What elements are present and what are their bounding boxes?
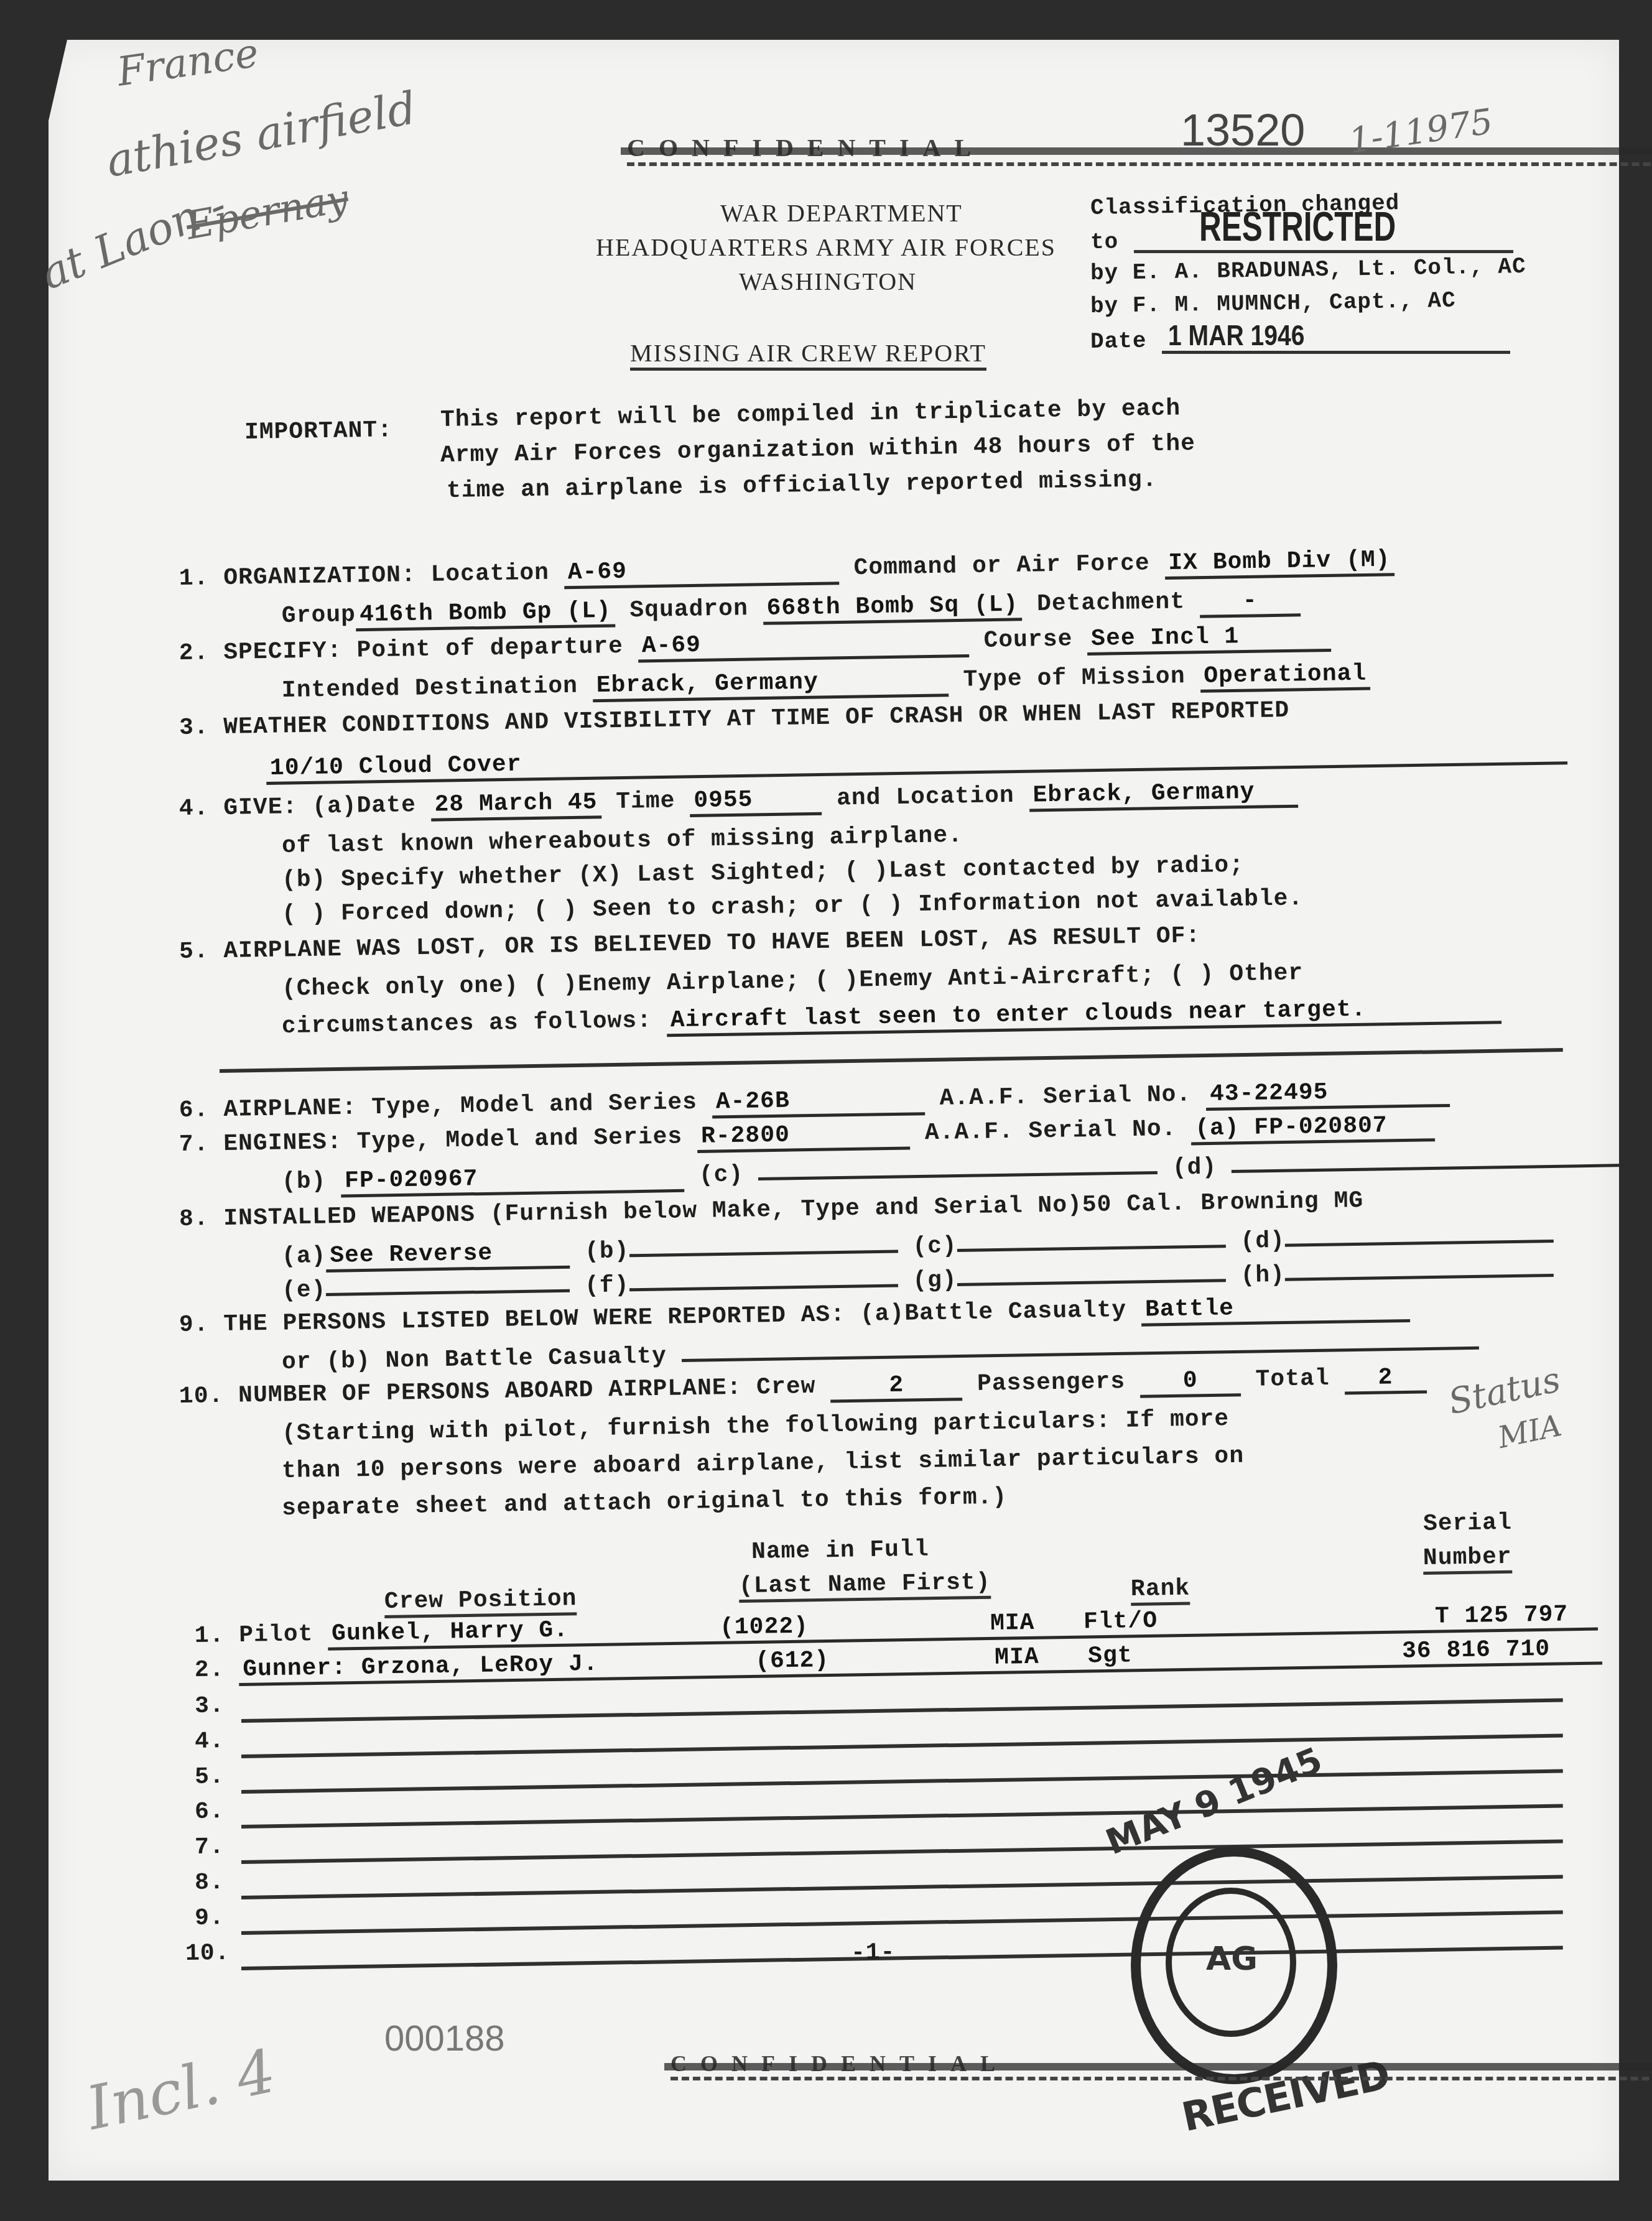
- item-7-label: ENGINES:: [223, 1129, 342, 1157]
- item-2-number: 2.: [179, 639, 209, 667]
- date-label: (a)Date: [312, 792, 416, 820]
- airplane-type-label: Type, Model and Series: [371, 1089, 697, 1121]
- group-value: 416th Bomb Gp (L): [356, 598, 615, 632]
- passengers-count: 0: [1140, 1366, 1241, 1398]
- item-10-note-1: (Starting with pilot, furnish the follow…: [282, 1406, 1230, 1447]
- crew-row-10: 10.: [185, 1940, 230, 1967]
- weather-value: 10/10 Cloud Cover: [266, 735, 1567, 785]
- important-line-3: time an airplane is officially reported …: [447, 466, 1158, 504]
- weapon-b-value: [629, 1250, 898, 1257]
- row-number: 5.: [195, 1763, 225, 1791]
- margin-note-airfield: athies airfield: [103, 81, 420, 187]
- circumstances-value: Aircraft last seen to enter clouds near …: [666, 994, 1501, 1037]
- file-number: 13520: [1181, 105, 1305, 156]
- crew-row-4-line: [241, 1734, 1563, 1758]
- departure-label: Point of departure: [356, 633, 623, 664]
- important-line-2: Army Air Forces organization within 48 h…: [440, 430, 1196, 469]
- crew-row-9-line: [241, 1911, 1563, 1935]
- mission-value: Operational: [1200, 661, 1371, 693]
- engine-type-label: Type, Model and Series: [356, 1123, 682, 1155]
- total-count: 2: [1344, 1363, 1427, 1394]
- header-name-2: (Last Name First): [739, 1569, 991, 1603]
- engine-c-label: (c): [699, 1161, 744, 1189]
- classification-to-line: [1134, 250, 1513, 253]
- crew-count: 2: [830, 1371, 963, 1403]
- crew-rank: Flt/O: [1084, 1608, 1158, 1636]
- item-1-label: ORGANIZATION:: [223, 562, 416, 591]
- item-6-number: 6.: [179, 1097, 209, 1124]
- important-label: IMPORTANT:: [244, 417, 393, 446]
- location-label: Location: [430, 560, 549, 588]
- squadron-value: 668th Bomb Sq (L): [763, 591, 1022, 625]
- group-label: Group: [282, 601, 356, 629]
- item-9-number: 9.: [179, 1311, 209, 1338]
- margin-note-incl: Incl. 4: [81, 2036, 282, 2143]
- header-name-1: Name in Full: [751, 1536, 929, 1565]
- weapon-g-label: (g): [912, 1267, 957, 1294]
- time-label: Time: [616, 787, 675, 815]
- engine-serial-d: [1232, 1164, 1625, 1173]
- header-serial-2: Number: [1423, 1544, 1513, 1575]
- crew-row-6-line: [241, 1804, 1563, 1829]
- crew-serial: 36 816 710: [1402, 1636, 1551, 1665]
- document-page: France athies airfield at Laon - Epernay…: [49, 40, 1619, 2181]
- detachment-label: Detachment: [1037, 588, 1186, 618]
- item-5-line-2: (Check only one) ( )Enemy Airplane; ( )E…: [282, 960, 1304, 1003]
- row-number: 10.: [185, 1940, 230, 1967]
- weapon-h-label: (h): [1240, 1262, 1285, 1289]
- crew-row-5: 5.: [195, 1763, 225, 1791]
- total-label: Total: [1255, 1365, 1330, 1393]
- weapon-e-value: [326, 1289, 570, 1296]
- header-rank: Rank: [1131, 1575, 1190, 1606]
- engine-b-label: (b): [282, 1168, 327, 1195]
- classification-to-label: to: [1090, 229, 1119, 255]
- engine-d-label: (d): [1172, 1154, 1217, 1181]
- item-10-label: NUMBER OF PERSONS ABOARD AIRPLANE:: [238, 1375, 742, 1409]
- mission-label: Type of Mission: [963, 663, 1186, 693]
- departure-value: A-69: [638, 628, 969, 662]
- weapon-h-value: [1285, 1274, 1554, 1281]
- command-label: Command or Air Force: [853, 550, 1150, 581]
- airplane-type-value: A-26B: [712, 1085, 925, 1118]
- crew-row-9: 9.: [195, 1904, 225, 1932]
- crew-row-3-line: [241, 1699, 1563, 1723]
- item-4-number: 4.: [179, 795, 209, 822]
- weapon-c-label: (c): [912, 1233, 957, 1260]
- weapon-d-label: (d): [1240, 1228, 1285, 1255]
- weapon-a-value: See Reverse: [326, 1239, 570, 1273]
- engine-serial-c: [758, 1171, 1158, 1180]
- classification-by-1: by E. A. BRADUNAS, Lt. Col., AC: [1090, 254, 1526, 286]
- date-value: 28 March 45: [430, 789, 601, 821]
- weapon-g-value: [957, 1279, 1226, 1286]
- non-battle-casualty-value: [682, 1347, 1479, 1362]
- crew-row-8-line: [241, 1875, 1563, 1899]
- crew-status: MIA: [990, 1610, 1035, 1637]
- item-8-label: INSTALLED WEAPONS (Furnish below Make, T…: [223, 1192, 1082, 1232]
- weapon-b-label: (b): [585, 1238, 629, 1265]
- classification-date-label: Date: [1090, 328, 1147, 355]
- item-10-number: 10.: [179, 1383, 224, 1410]
- classification-date-value: 1 MAR 1946: [1168, 318, 1304, 352]
- item-10-note-3: separate sheet and attach original to th…: [282, 1484, 1008, 1522]
- header-washington: WASHINGTON: [739, 267, 917, 296]
- non-battle-casualty-label: or (b) Non Battle Casualty: [282, 1343, 667, 1376]
- item-3-number: 3.: [179, 714, 209, 741]
- crew-row-10-line: [241, 1946, 1563, 1970]
- airplane-serial-label: A.A.F. Serial No.: [939, 1081, 1191, 1111]
- item-2-label: SPECIFY:: [223, 638, 342, 666]
- crew-position: Pilot: [239, 1621, 313, 1649]
- row-number: 7.: [195, 1834, 225, 1861]
- engine-type-value: R-2800: [697, 1120, 911, 1153]
- crew-name: Gunkel, Harry G.: [332, 1617, 568, 1648]
- crew-row-3: 3.: [195, 1692, 225, 1720]
- crew-code: (612): [755, 1647, 830, 1675]
- command-value: IX Bomb Div (M): [1164, 546, 1394, 580]
- location-value: A-69: [564, 555, 839, 589]
- item-6-label: AIRPLANE:: [223, 1095, 357, 1123]
- item-5-number: 5.: [179, 938, 209, 965]
- time-value: 0955: [690, 786, 822, 817]
- document-serial-bottom: 000188: [384, 2018, 505, 2059]
- margin-note-status-value: MIA: [1495, 1408, 1564, 1455]
- airplane-serial-value: 43-22495: [1206, 1077, 1450, 1111]
- row-number: 3.: [195, 1692, 225, 1720]
- confidential-mark-top: CONFIDENTIAL: [627, 133, 1652, 166]
- important-line-1: This report will be compiled in triplica…: [440, 395, 1181, 434]
- last-location-label: and Location: [837, 782, 1014, 812]
- crew-row-6: 6.: [195, 1798, 225, 1825]
- weapon-f-label: (f): [585, 1272, 629, 1299]
- report-title: MISSING AIR CREW REPORT: [630, 338, 986, 371]
- item-4-line-4: ( ) Forced down; ( ) Seen to crash; or (…: [282, 885, 1304, 928]
- crew-row-7-line: [241, 1840, 1563, 1864]
- item-1-number: 1.: [179, 565, 209, 592]
- item-7-number: 7.: [179, 1131, 209, 1158]
- circumstances-extra-line: [220, 1048, 1563, 1073]
- row-number: 4.: [195, 1728, 225, 1755]
- weapon-f-value: [629, 1284, 898, 1291]
- weapons-value: 50 Cal. Browning MG: [1082, 1187, 1364, 1218]
- engine-serial-a: (a) FP-020807: [1191, 1111, 1436, 1145]
- row-number: 8.: [195, 1869, 225, 1896]
- crew-label: Crew: [756, 1373, 816, 1401]
- engine-serial-label: A.A.F. Serial No.: [924, 1116, 1176, 1146]
- battle-casualty-label: (a)Battle Casualty: [860, 1297, 1126, 1328]
- passengers-label: Passengers: [977, 1368, 1126, 1398]
- row-number: 1.: [195, 1622, 225, 1649]
- circumstances-label: circumstances as follows:: [282, 1008, 652, 1040]
- item-8-number: 8.: [179, 1205, 209, 1233]
- page-number: -1-: [851, 1939, 896, 1967]
- crew-position: Gunner:: [243, 1654, 346, 1683]
- crew-name: Grzona, LeRoy J.: [361, 1651, 598, 1681]
- crew-row-8: 8.: [195, 1869, 225, 1896]
- header-crew-position: Crew Position: [384, 1585, 577, 1618]
- row-number: 9.: [195, 1904, 225, 1932]
- item-4-label: GIVE:: [223, 794, 298, 822]
- destination-label: Intended Destination: [282, 673, 578, 704]
- destination-value: Ebrack, Germany: [592, 667, 949, 702]
- crew-row-5-line: [241, 1769, 1563, 1794]
- item-10-note-2: than 10 persons were aboard airplane, li…: [282, 1443, 1245, 1485]
- engine-serial-b: FP-020967: [341, 1162, 685, 1198]
- row-number: 6.: [195, 1798, 225, 1825]
- crew-code: (1022): [720, 1613, 809, 1641]
- course-value: See Incl 1: [1087, 622, 1332, 656]
- item-4-line-3: (b) Specify whether (X) Last Sighted; ( …: [282, 852, 1245, 894]
- crew-rank: Sgt: [1088, 1642, 1133, 1669]
- header-hq-aaf: HEADQUARTERS ARMY AIR FORCES: [596, 233, 1056, 262]
- detachment-value: -: [1200, 587, 1301, 618]
- item-4-line-2: of last known whereabouts of missing air…: [282, 822, 963, 860]
- confidential-mark-bottom: CONFIDENTIAL: [671, 2051, 1652, 2080]
- course-label: Course: [983, 626, 1072, 654]
- last-location-value: Ebrack, Germany: [1029, 778, 1298, 812]
- crew-status: MIA: [995, 1644, 1039, 1671]
- classification-by-2: by F. M. MUMNCH, Capt., AC: [1090, 288, 1456, 319]
- weapon-a-label: (a): [282, 1243, 327, 1270]
- header-war-department: WAR DEPARTMENT: [720, 198, 963, 228]
- restricted-stamp: RESTRICTED: [1199, 203, 1396, 250]
- crew-row-7: 7.: [195, 1834, 225, 1861]
- weapon-c-value: [957, 1245, 1226, 1252]
- seal-center-text: AG: [1206, 1940, 1258, 1978]
- item-9-label: THE PERSONS LISTED BELOW WERE REPORTED A…: [223, 1301, 845, 1338]
- row-number: 2.: [195, 1656, 225, 1684]
- item-5-label: AIRPLANE WAS LOST, OR IS BELIEVED TO HAV…: [223, 922, 1201, 965]
- margin-note-france: France: [114, 30, 261, 95]
- squadron-label: Squadron: [629, 595, 748, 624]
- crew-serial: T 125 797: [1435, 1601, 1569, 1630]
- weapon-e-label: (e): [282, 1277, 327, 1304]
- weapon-d-value: [1285, 1240, 1554, 1247]
- header-serial-1: Serial: [1423, 1509, 1512, 1537]
- seal-stamp: AG: [1131, 1847, 1337, 2084]
- battle-casualty-value: Battle: [1141, 1292, 1411, 1327]
- crew-row-4: 4.: [195, 1728, 225, 1755]
